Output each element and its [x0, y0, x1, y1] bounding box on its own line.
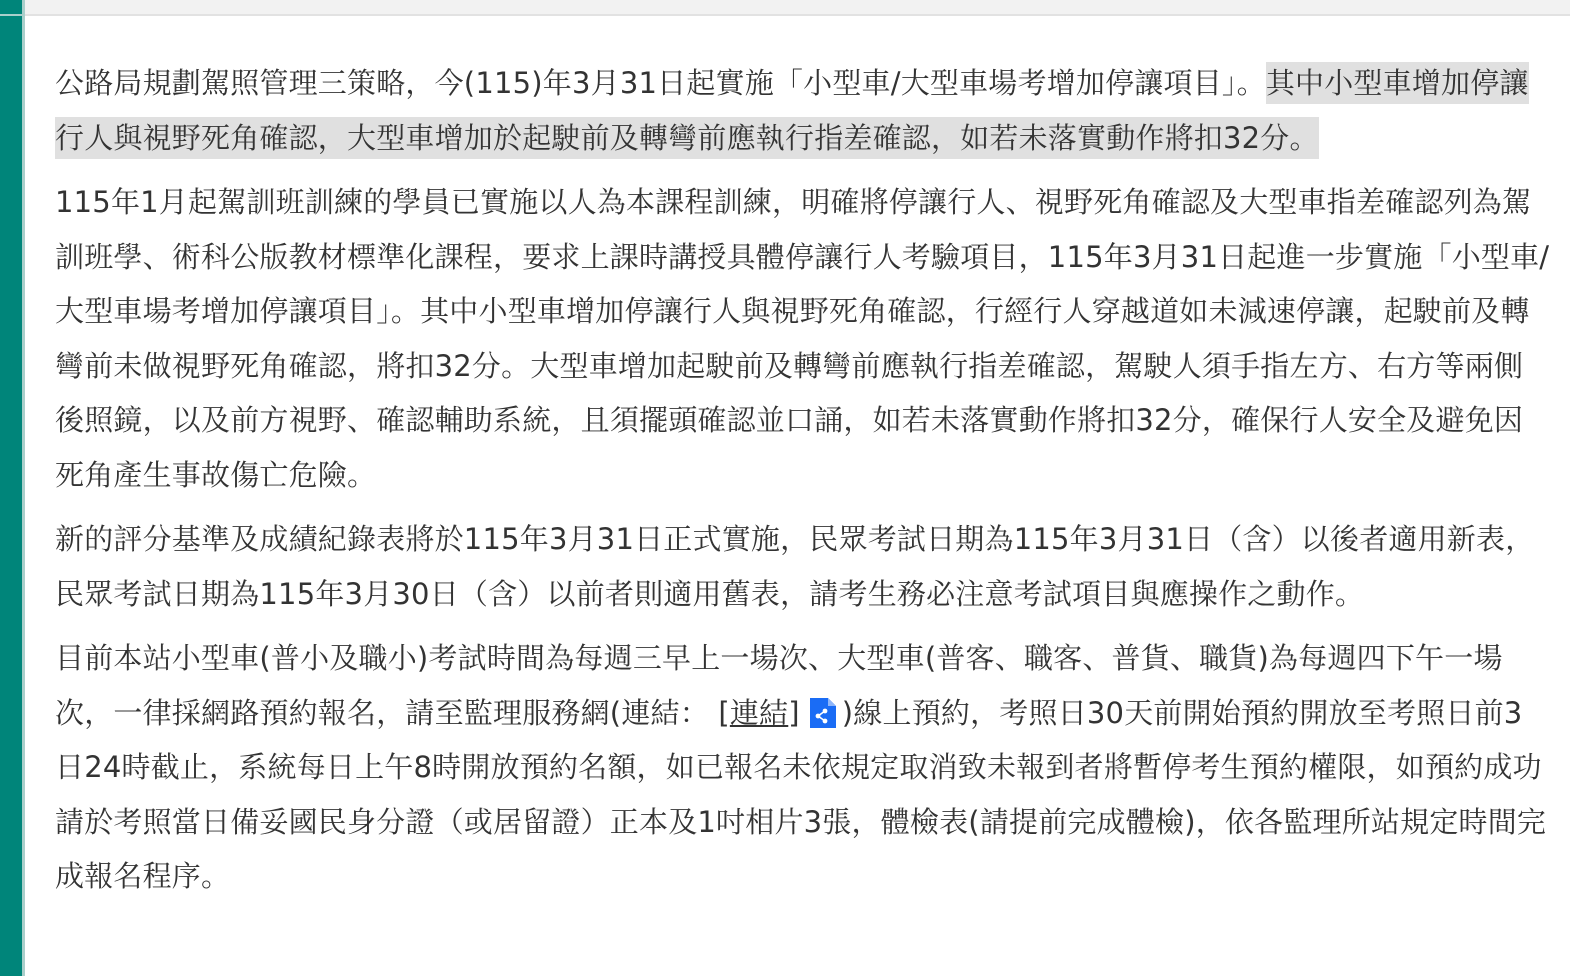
link-bracket-close: ] [788, 696, 800, 730]
sidebar-strip [0, 0, 25, 976]
mvdis-link[interactable]: 連結 [730, 696, 788, 730]
share-doc-icon[interactable] [810, 691, 836, 721]
top-bar [25, 0, 1570, 16]
sidebar-divider [0, 14, 22, 16]
paragraph-announcement: 公路局規劃駕照管理三策略，今(115)年3月31日起實施「小型車/大型車場考增加… [55, 56, 1550, 165]
announcement-text: 公路局規劃駕照管理三策略，今(115)年3月31日起實施「小型車/大型車場考增加… [55, 66, 1266, 100]
paragraph-scoring: 新的評分基準及成績紀錄表將於115年3月31日正式實施，民眾考試日期為115年3… [55, 512, 1550, 621]
article-body: 公路局規劃駕照管理三策略，今(115)年3月31日起實施「小型車/大型車場考增加… [55, 56, 1550, 914]
link-bracket-open: [ [709, 696, 730, 730]
paragraph-training: 115年1月起駕訓班訓練的學員已實施以人為本課程訓練，明確將停讓行人、視野死角確… [55, 175, 1550, 502]
paragraph-registration: 目前本站小型車(普小及職小)考試時間為每週三早上一場次、大型車(普客、職客、普貨… [55, 631, 1550, 904]
